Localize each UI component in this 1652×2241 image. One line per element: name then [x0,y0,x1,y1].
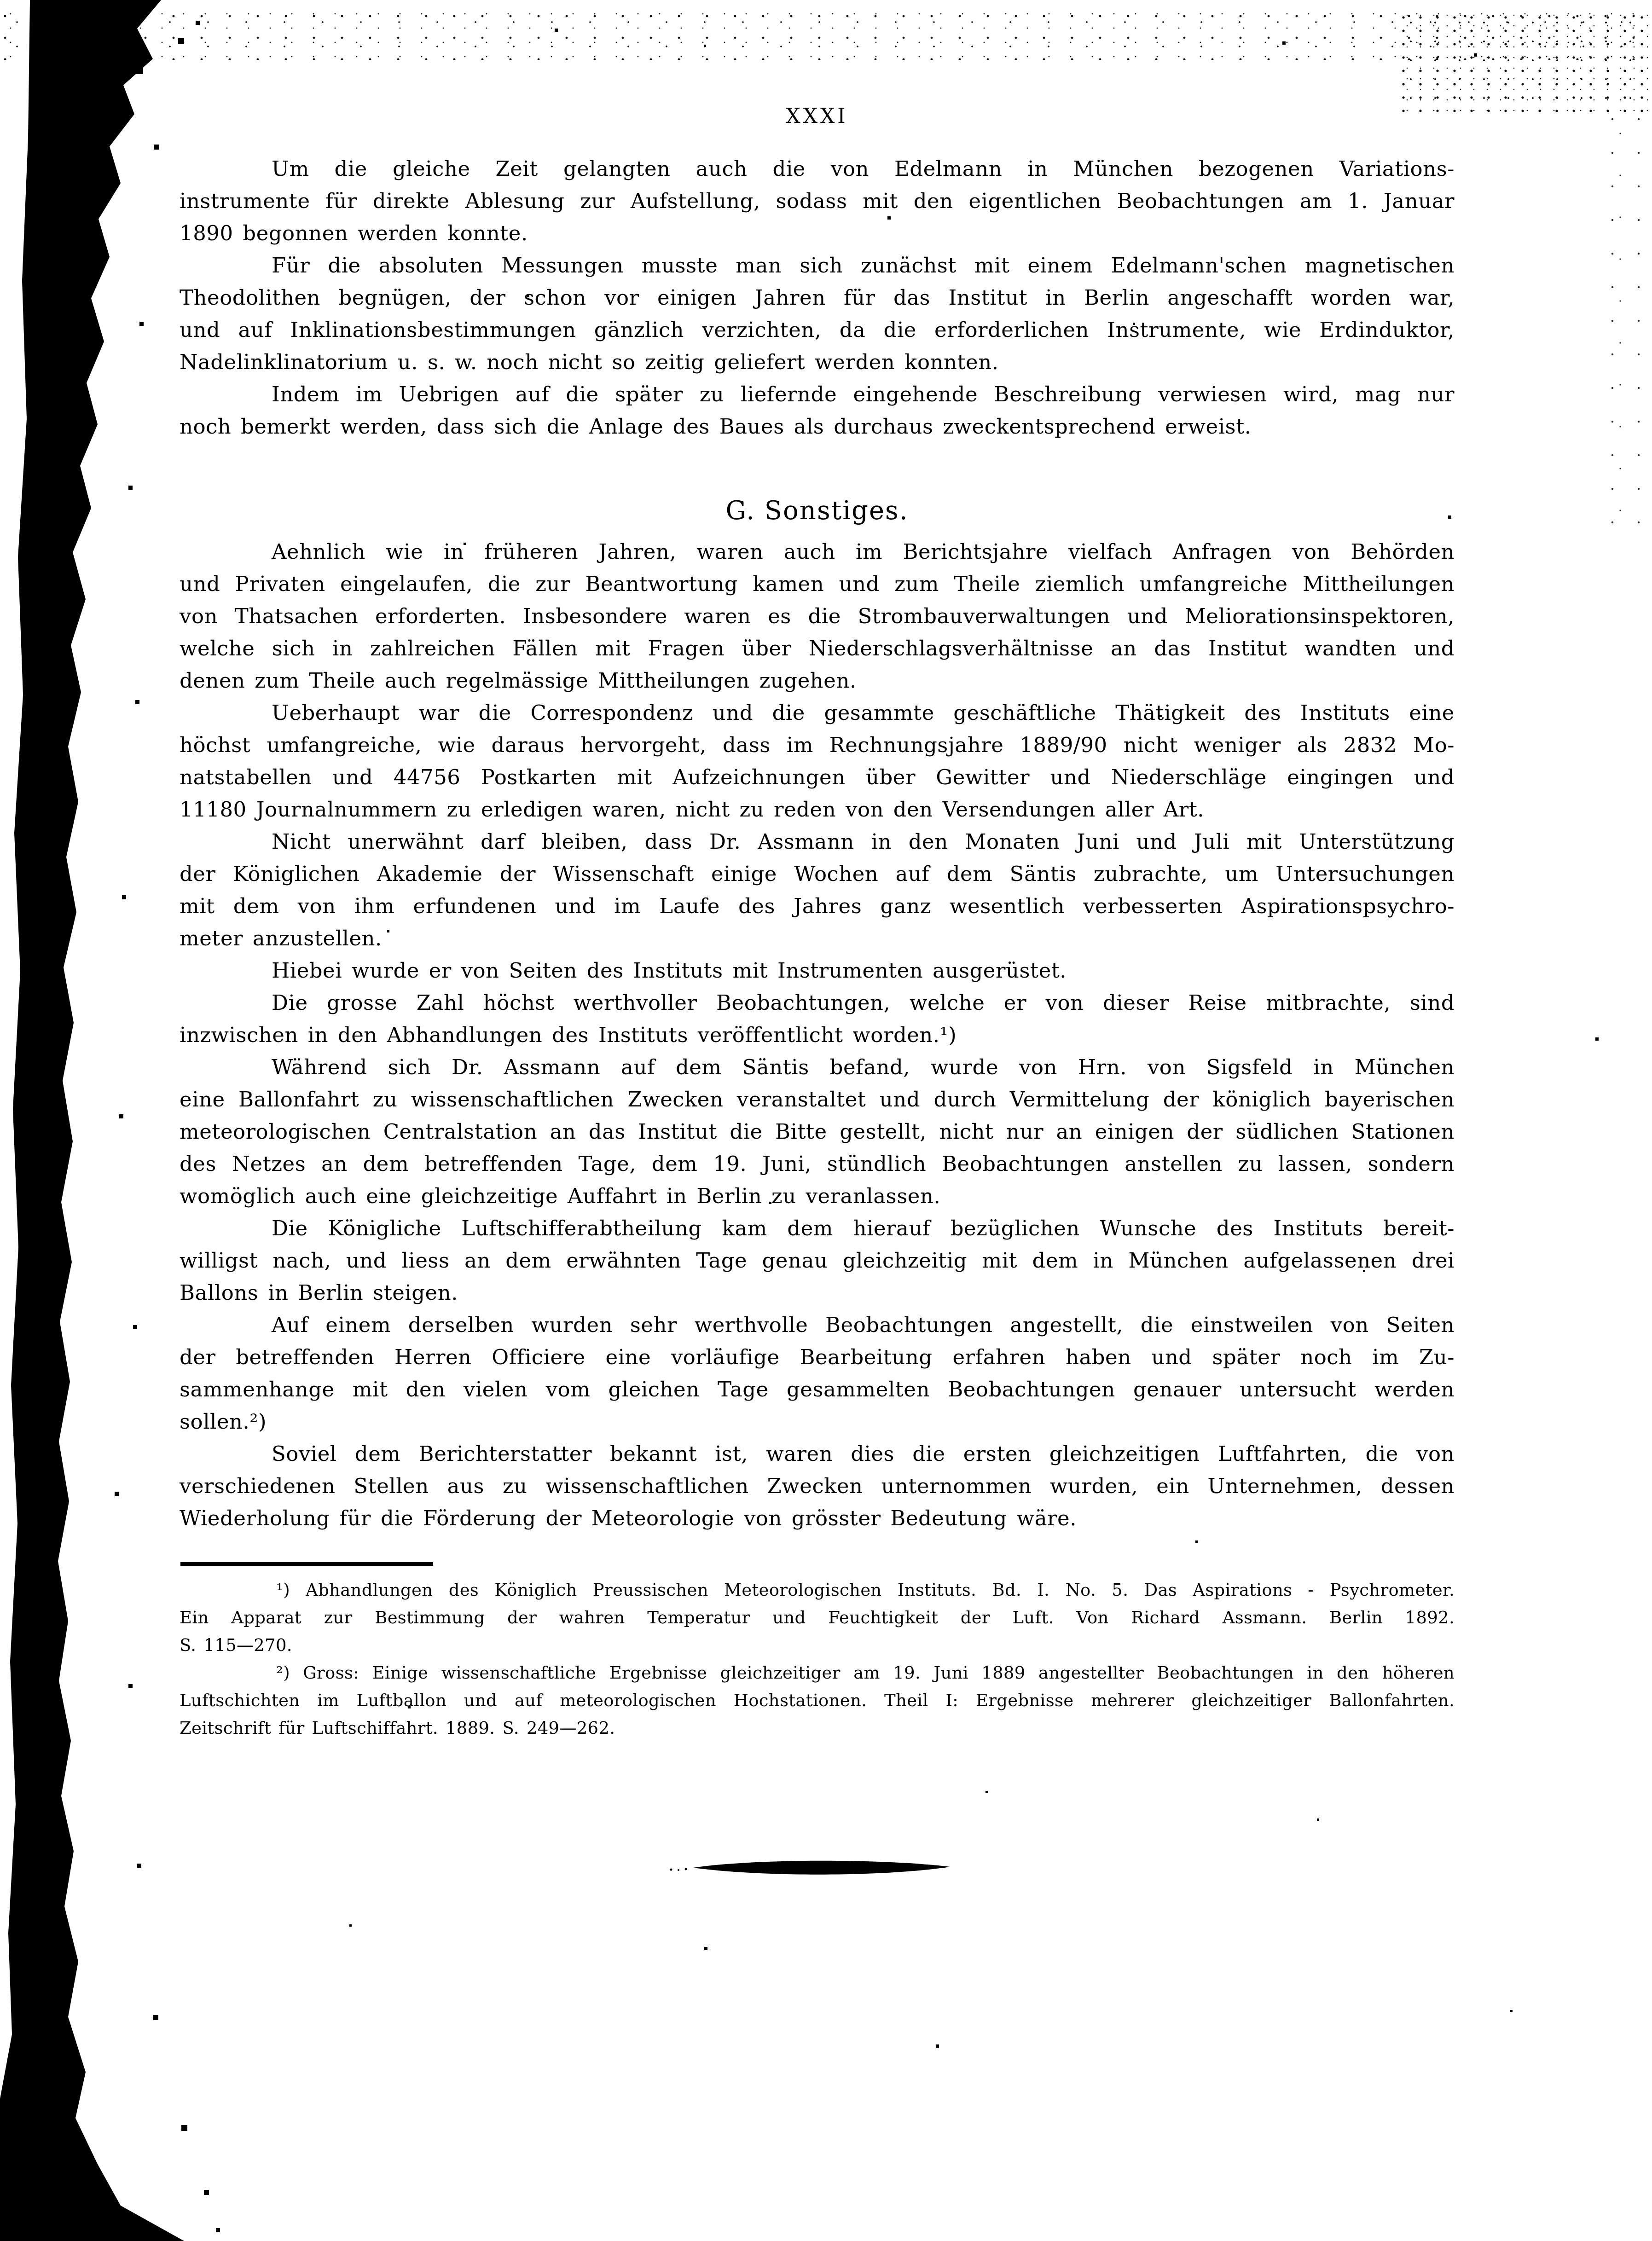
scan-artifact-right-speckle [1609,115,1652,529]
scanned-document-page: XXXI Um die gleiche Zeit gelangten auch … [0,0,1652,2241]
text-line: von Thatsachen erforderten. Insbesondere… [180,600,1455,632]
text-line: sollen.²) [180,1406,1455,1438]
text-line: meter anzustellen. [180,922,1455,955]
text-line: S. 115—270. [180,1632,1455,1659]
text-line: Ueberhaupt war die Correspondenz und die… [180,697,1455,729]
footnote-separator-rule [180,1562,433,1566]
text-line: Hiebei wurde er von Seiten des Instituts… [180,955,1455,987]
text-line: womöglich auch eine gleichzeitige Auffah… [180,1180,1455,1212]
text-line: ²) Gross: Einige wissenschaftliche Ergeb… [180,1659,1455,1687]
text-line: der Königlichen Akademie der Wissenschaf… [180,858,1455,890]
text-line: instrumente für direkte Ablesung zur Auf… [180,185,1455,217]
paragraph: Ueberhaupt war die Correspondenz und die… [180,697,1455,826]
text-line: denen zum Theile auch regelmässige Mitth… [180,665,1455,697]
text-line: noch bemerkt werden, dass sich die Anlag… [180,411,1455,443]
text-line: höchst umfangreiche, wie daraus hervorge… [180,729,1455,761]
text-line: 11180 Journalnummern zu erledigen waren,… [180,793,1455,826]
paragraph: Um die gleiche Zeit gelangten auch die v… [180,153,1455,249]
paragraph: Soviel dem Berichterstatter bekannt ist,… [180,1438,1455,1535]
text-line: Zeitschrift für Luftschiffahrt. 1889. S.… [180,1714,1455,1742]
text-line: Auf einem derselben wurden sehr werthvol… [180,1309,1455,1341]
text-line: Wiederholung für die Förderung der Meteo… [180,1502,1455,1535]
text-line: verschiedenen Stellen aus zu wissenschaf… [180,1470,1455,1502]
text-line: eine Ballonfahrt zu wissenschaftlichen Z… [180,1083,1455,1116]
text-line: Ballons in Berlin steigen. [180,1277,1455,1309]
scan-artifact-stray-specks [0,0,1,1]
section-heading: G. Sonstiges. [180,489,1455,533]
paragraph: ¹) Abhandlungen des Königlich Preussisch… [180,1576,1455,1659]
text-line: und auf Inklinationsbestimmungen gänzlic… [180,314,1455,346]
text-line: ¹) Abhandlungen des Königlich Preussisch… [180,1576,1455,1604]
text-line: mit dem von ihm erfundenen und im Laufe … [180,890,1455,922]
text-line: inzwischen in den Abhandlungen des Insti… [180,1019,1455,1051]
paragraph: Für die absoluten Messungen musste man s… [180,249,1455,378]
footnotes-block: ¹) Abhandlungen des Königlich Preussisch… [180,1576,1455,1742]
paragraph: Aehnlich wie in früheren Jahren, waren a… [180,536,1455,697]
text-line: Für die absoluten Messungen musste man s… [180,249,1455,282]
text-line: meteorologischen Centralstation an das I… [180,1116,1455,1148]
text-line: Die Königliche Luftschifferabtheilung ka… [180,1212,1455,1245]
text-line: Während sich Dr. Assmann auf dem Säntis … [180,1051,1455,1083]
body-block-2: Aehnlich wie in früheren Jahren, waren a… [180,536,1455,1535]
text-line: willigst nach, und liess an dem erwähnte… [180,1245,1455,1277]
scan-artifact-top-speckle [0,12,1652,60]
text-line: 1890 begonnen werden konnte. [180,217,1455,249]
text-line: der betreffenden Herren Officiere eine v… [180,1341,1455,1373]
text-line: sammenhange mit den vielen vom gleichen … [180,1373,1455,1406]
text-line: des Netzes an dem betreffenden Tage, dem… [180,1148,1455,1180]
paragraph: Nicht unerwähnt darf bleiben, dass Dr. A… [180,826,1455,955]
body-block-1: Um die gleiche Zeit gelangten auch die v… [180,153,1455,443]
text-line: Um die gleiche Zeit gelangten auch die v… [180,153,1455,185]
text-line: Theodolithen begnügen, der schon vor ein… [180,282,1455,314]
paragraph: Die grosse Zahl höchst werthvoller Beoba… [180,987,1455,1051]
paragraph: Hiebei wurde er von Seiten des Instituts… [180,955,1455,987]
text-line: Indem im Uebrigen auf die später zu lief… [180,378,1455,411]
text-line: Die grosse Zahl höchst werthvoller Beoba… [180,987,1455,1019]
text-line: natstabellen und 44756 Postkarten mit Au… [180,761,1455,793]
paragraph: ²) Gross: Einige wissenschaftliche Ergeb… [180,1659,1455,1742]
text-line: Nadelinklinatorium u. s. w. noch nicht s… [180,346,1455,378]
paragraph: Indem im Uebrigen auf die später zu lief… [180,378,1455,443]
text-line: Aehnlich wie in früheren Jahren, waren a… [180,536,1455,568]
text-line: und Privaten eingelaufen, die zur Beantw… [180,568,1455,600]
paragraph: Die Königliche Luftschifferabtheilung ka… [180,1212,1455,1309]
scan-artifact-edge-specks [0,0,1,1]
scan-artifact-topright-speckle [1399,14,1652,115]
text-line: Nicht unerwähnt darf bleiben, dass Dr. A… [180,826,1455,858]
text-line: Ein Apparat zur Bestimmung der wahren Te… [180,1604,1455,1632]
end-rule [663,1858,985,1879]
text-line: Luftschichten im Luftballon und auf mete… [180,1687,1455,1714]
page-number: XXXI [180,100,1455,133]
paragraph: Auf einem derselben wurden sehr werthvol… [180,1309,1455,1438]
text-line: Soviel dem Berichterstatter bekannt ist,… [180,1438,1455,1470]
paragraph: Während sich Dr. Assmann auf dem Säntis … [180,1051,1455,1212]
text-line: welche sich in zahlreichen Fällen mit Fr… [180,632,1455,665]
